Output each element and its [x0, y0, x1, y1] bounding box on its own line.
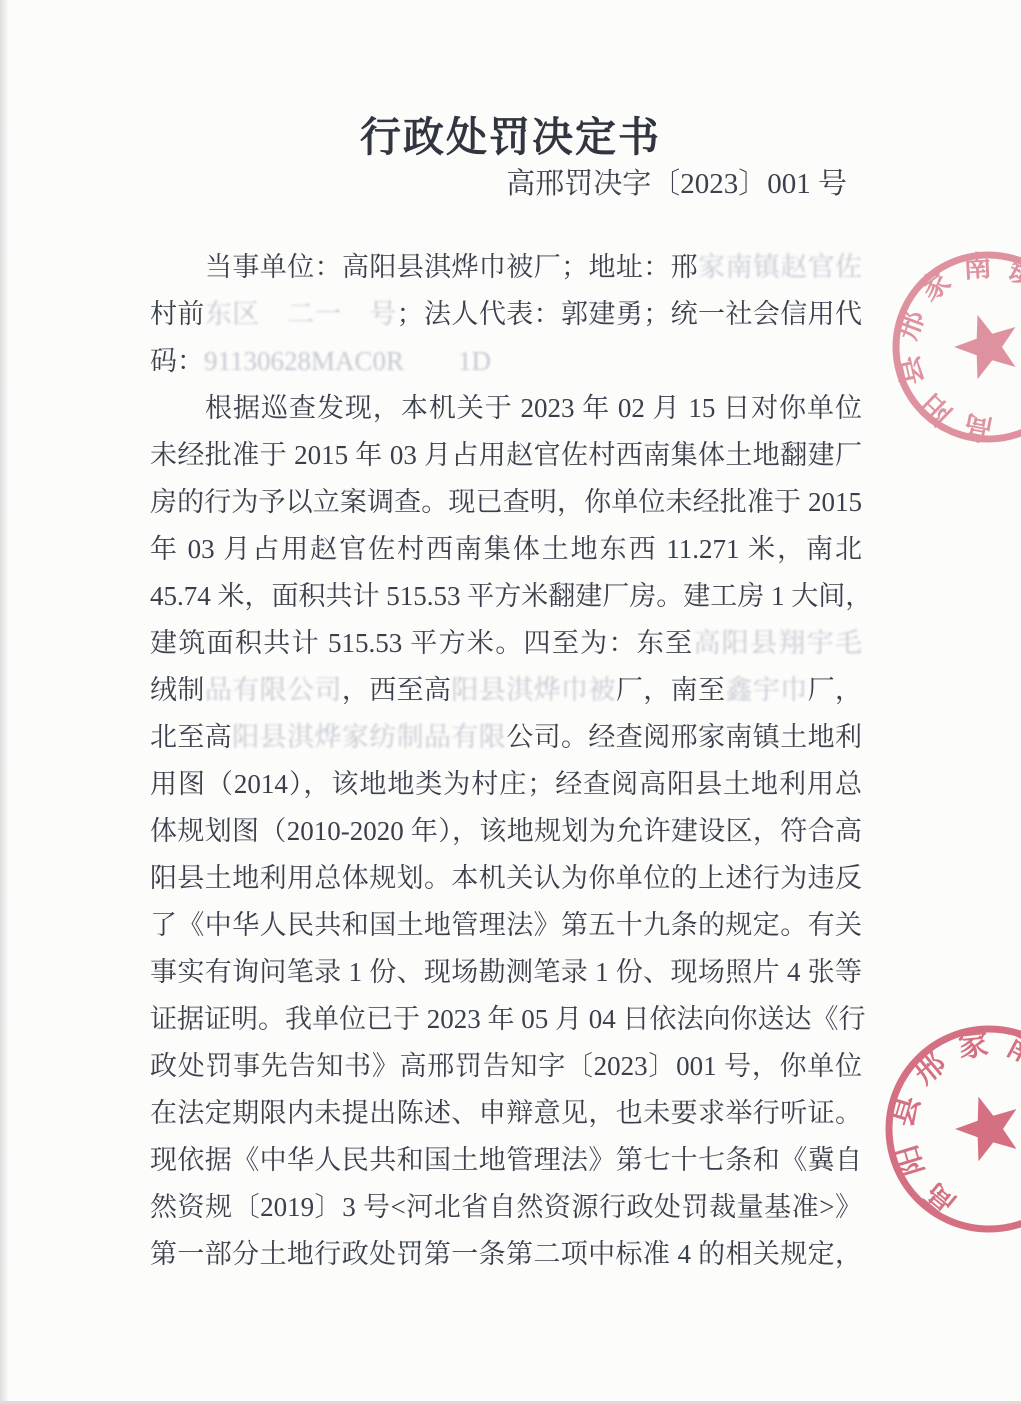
body-line: 未经批准于 2015 年 03 月占用赵官佐村西南集体土地翻建厂	[150, 432, 862, 479]
body-text: 证据证明。我单位已于 2023 年 05 月 04 日依法向你送达《行	[150, 1004, 866, 1034]
body-line: 当事单位：高阳县淇烨巾被厂；地址：邢家南镇赵官佐	[150, 244, 862, 291]
seal-ring	[854, 994, 1021, 1264]
body-text: 房的行为予以立案调查。现已查明，你单位未经批准于 2015	[150, 487, 862, 517]
body-text: ；法人代表：郭建勇；统一社会信用代	[397, 299, 862, 329]
doc-number: 高邢罚决字〔2023〕001 号	[150, 161, 847, 202]
star-icon	[954, 315, 1016, 380]
faded-text: 高阳县翔宇毛	[693, 628, 862, 658]
body-text: 在法定期限内未提出陈述、申辩意见，也未要求举行听证。	[150, 1098, 862, 1128]
faded-text: 阳县淇烨家纺制品有限	[232, 722, 506, 752]
body-line: 码：91130628MAC0R 1D	[150, 338, 862, 385]
body-text: 第一部分土地行政处罚第一条第二项中标准 4 的相关规定，	[150, 1239, 862, 1269]
body-text: 体规划图（2010-2020 年），该地规划为允许建设区，符合高	[150, 816, 862, 846]
body-line: 用图（2014），该地地类为村庄；经查阅高阳县土地利用总	[150, 761, 862, 808]
body-line: 房的行为予以立案调查。现已查明，你单位未经批准于 2015	[150, 479, 862, 526]
body-text: 码：	[150, 346, 204, 376]
faded-text: 东区 二一 号	[205, 299, 397, 329]
body-line: 事实有询问笔录 1 份、现场勘测笔录 1 份、现场照片 4 张等	[150, 949, 862, 996]
body-text: 年 03 月占用赵官佐村西南集体土地东西 11.271 米，南北	[150, 534, 862, 564]
faded-text: 阳县淇烨巾被	[451, 675, 615, 705]
body-text: 厂，	[808, 675, 862, 705]
faded-text: 品有限公司	[205, 675, 342, 705]
body-text: 事实有询问笔录 1 份、现场勘测笔录 1 份、现场照片 4 张等	[150, 957, 862, 987]
body-text: 建筑面积共计 515.53 平方米。四至为：东至	[150, 628, 693, 658]
body-text: ，西至高	[342, 675, 452, 705]
star-icon	[948, 1087, 1021, 1165]
scan-edge-left	[0, 0, 9, 1404]
body-line: 然资规〔2019〕3 号<河北省自然资源行政处罚裁量基准>》	[150, 1184, 862, 1231]
body-line: 证据证明。我单位已于 2023 年 05 月 04 日依法向你送达《行	[150, 996, 862, 1043]
body-text: 45.74 米，面积共计 515.53 平方米翻建厂房。建工房 1 大间，	[150, 581, 872, 611]
body-text: 当事单位：高阳县淇烨巾被厂；地址：邢	[205, 252, 698, 282]
body-text: 用图（2014），该地地类为村庄；经查阅高阳县土地利用总	[150, 769, 862, 799]
body-line: 北至高阳县淇烨家纺制品有限公司。经查阅邢家南镇土地利	[150, 714, 862, 761]
body-text: 村前	[150, 299, 205, 329]
body-text: 了《中华人民共和国土地管理法》第五十九条的规定。有关	[150, 910, 862, 940]
body-line: 第一部分土地行政处罚第一条第二项中标准 4 的相关规定，	[150, 1231, 862, 1278]
body-text: 公司。经查阅邢家南镇土地利	[506, 722, 862, 752]
body-text: 北至高	[150, 722, 232, 752]
official-seal-bottom: 高阳县邢家南镇	[854, 994, 1021, 1264]
body-line: 根据巡查发现，本机关于 2023 年 02 月 15 日对你单位	[150, 385, 862, 432]
seal-ring	[872, 231, 1021, 463]
body-text: 阳县土地利用总体规划。本机关认为你单位的上述行为违反	[150, 863, 862, 893]
body-text: 根据巡查发现，本机关于 2023 年 02 月 15 日对你单位	[205, 393, 862, 423]
body-text: 未经批准于 2015 年 03 月占用赵官佐村西南集体土地翻建厂	[150, 440, 862, 470]
body-text: 绒制	[150, 675, 205, 705]
page-title: 行政处罚决定书	[0, 104, 1021, 163]
document-body: 当事单位：高阳县淇烨巾被厂；地址：邢家南镇赵官佐村前东区 二一 号；法人代表：郭…	[150, 244, 862, 1278]
body-line: 现依据《中华人民共和国土地管理法》第七十七条和《冀自	[150, 1137, 862, 1184]
body-line: 在法定期限内未提出陈述、申辩意见，也未要求举行听证。	[150, 1090, 862, 1137]
body-line: 村前东区 二一 号；法人代表：郭建勇；统一社会信用代	[150, 291, 862, 338]
body-text: 政处罚事先告知书》高邢罚告知字〔2023〕001 号，你单位	[150, 1051, 862, 1081]
faded-text: 91130628MAC0R 1D	[204, 346, 491, 376]
faded-text: 鑫宇巾	[725, 675, 807, 705]
body-line: 体规划图（2010-2020 年），该地规划为允许建设区，符合高	[150, 808, 862, 855]
body-line: 了《中华人民共和国土地管理法》第五十九条的规定。有关	[150, 902, 862, 949]
seal-text: 高阳县邢家南镇	[865, 223, 1021, 454]
body-line: 政处罚事先告知书》高邢罚告知字〔2023〕001 号，你单位	[150, 1043, 862, 1090]
body-line: 45.74 米，面积共计 515.53 平方米翻建厂房。建工房 1 大间，	[150, 573, 862, 620]
body-line: 年 03 月占用赵官佐村西南集体土地东西 11.271 米，南北	[150, 526, 862, 573]
body-line: 建筑面积共计 515.53 平方米。四至为：东至高阳县翔宇毛	[150, 620, 862, 667]
seal-text: 高阳县邢家南镇	[854, 994, 1021, 1238]
body-text: 厂，南至	[616, 675, 726, 705]
faded-text: 家南镇赵官佐	[698, 252, 862, 282]
body-text: 然资规〔2019〕3 号<河北省自然资源行政处罚裁量基准>》	[150, 1192, 862, 1222]
document-page: 行政处罚决定书 高邢罚决字〔2023〕001 号 当事单位：高阳县淇烨巾被厂；地…	[0, 0, 1021, 1404]
body-line: 阳县土地利用总体规划。本机关认为你单位的上述行为违反	[150, 855, 862, 902]
body-text: 现依据《中华人民共和国土地管理法》第七十七条和《冀自	[150, 1145, 862, 1175]
official-seal-top: 高阳县邢家南镇	[853, 212, 1021, 482]
body-line: 绒制品有限公司，西至高阳县淇烨巾被厂，南至鑫宇巾厂，	[150, 667, 862, 714]
